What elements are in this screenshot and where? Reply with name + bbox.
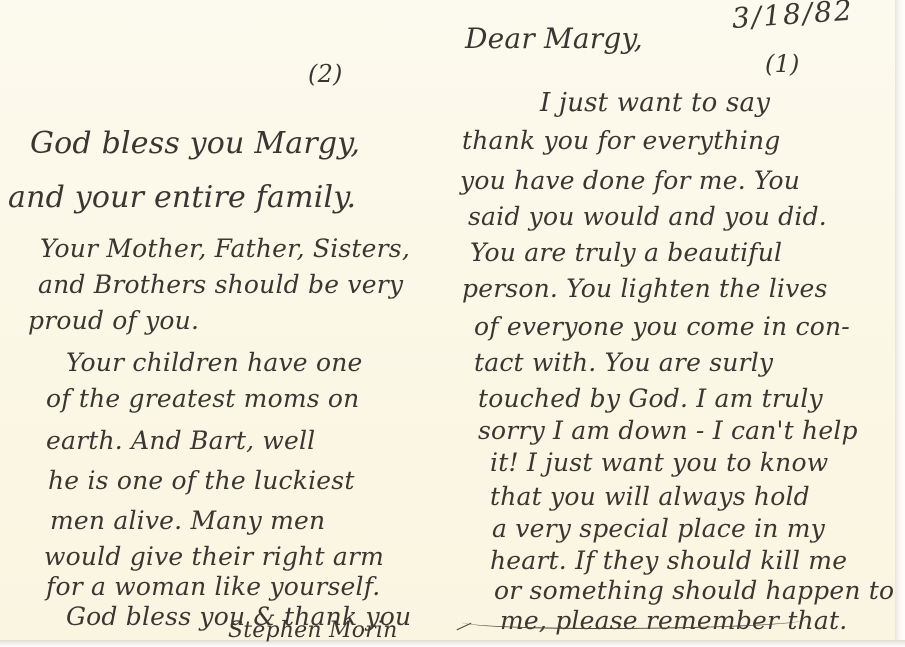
letter-line: God bless you Margy, <box>30 124 360 164</box>
letter-line: You are truly a beautiful <box>470 236 782 270</box>
letter-line: it! I just want you to know <box>490 446 828 480</box>
letter-line: men alive. Many men <box>50 504 325 538</box>
salutation: Dear Margy, <box>465 22 643 56</box>
letter-line: heart. If they should kill me <box>490 544 847 578</box>
page-number-1: (1) <box>765 50 800 78</box>
paper-edge-bottom <box>0 640 905 647</box>
letter-line: that you will always hold <box>490 480 810 514</box>
letter-line: would give their right arm <box>44 540 384 574</box>
letter-line: said you would and you did. <box>468 200 827 234</box>
letter-line: for a woman like yourself. <box>46 570 380 604</box>
letter-line: I just want to say <box>540 86 770 120</box>
letter-line: of the greatest moms on <box>46 382 359 416</box>
letter-line: and Brothers should be very <box>38 268 403 302</box>
letter-line: and your entire family. <box>8 178 356 218</box>
letter-line: of everyone you come in con- <box>474 310 850 344</box>
letter-line: thank you for everything <box>462 124 781 158</box>
letter-line: proud of you. <box>28 304 199 338</box>
letter-line: tact with. You are surly <box>474 346 773 380</box>
letter-line: Your Mother, Father, Sisters, <box>40 232 410 266</box>
signature: Stephen Morin <box>228 618 397 643</box>
letter-line: sorry I am down - I can't help <box>478 414 858 448</box>
paper-edge-right <box>895 0 905 647</box>
letter-line: or something should happen to <box>494 574 894 608</box>
letter-line: earth. And Bart, well <box>46 424 315 458</box>
letter-line: he is one of the luckiest <box>48 464 355 498</box>
letter-line: a very special place in my <box>492 512 825 546</box>
page-number-2: (2) <box>308 60 343 88</box>
letter-line: Your children have one <box>66 346 363 380</box>
letter-line: touched by God. I am truly <box>478 382 823 416</box>
letter-line: person. You lighten the lives <box>462 272 827 306</box>
letter-line: you have done for me. You <box>460 164 800 198</box>
